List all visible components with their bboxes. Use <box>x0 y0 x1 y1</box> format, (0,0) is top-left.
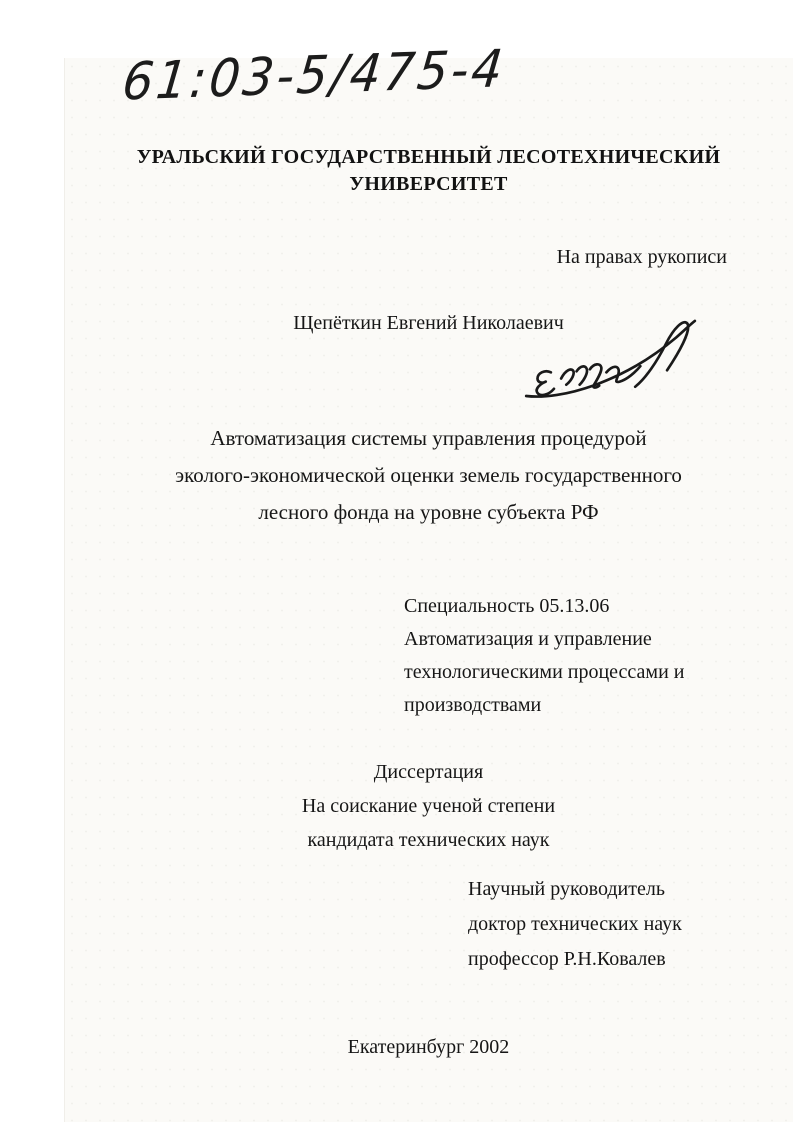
specialty-block: Специальность 05.13.06 Автоматизация и у… <box>404 590 685 722</box>
specialty-name-line1: Автоматизация и управление <box>404 623 685 656</box>
manuscript-rights-note: На правах рукописи <box>557 246 727 269</box>
degree-name-line: кандидата технических наук <box>64 823 793 857</box>
title-line1: Автоматизация системы управления процеду… <box>64 420 793 457</box>
title-line3: лесного фонда на уровне субъекта РФ <box>64 494 793 531</box>
dissertation-degree-block: Диссертация На соискание ученой степени … <box>64 755 793 857</box>
supervisor-degree: доктор технических наук <box>468 907 682 942</box>
supervisor-role: Научный руководитель <box>468 872 682 907</box>
dissertation-title-page: 61:03-5/475-4 УРАЛЬСКИЙ ГОСУДАРСТВЕННЫЙ … <box>0 0 793 1122</box>
degree-pursuit-line: На соискание ученой степени <box>64 789 793 823</box>
university-name-line1: УРАЛЬСКИЙ ГОСУДАРСТВЕННЫЙ ЛЕСОТЕХНИЧЕСКИ… <box>64 144 793 171</box>
specialty-name-line3: производствами <box>404 689 685 722</box>
university-name-line2: УНИВЕРСИТЕТ <box>64 171 793 198</box>
dissertation-label: Диссертация <box>64 755 793 789</box>
supervisor-name: профессор Р.Н.Ковалев <box>468 942 682 977</box>
specialty-code: Специальность 05.13.06 <box>404 590 685 623</box>
dissertation-topic-title: Автоматизация системы управления процеду… <box>64 420 793 531</box>
title-line2: эколого-экономической оценки земель госу… <box>64 457 793 494</box>
university-name: УРАЛЬСКИЙ ГОСУДАРСТВЕННЫЙ ЛЕСОТЕХНИЧЕСКИ… <box>64 144 793 198</box>
city-and-year: Екатеринбург 2002 <box>64 1036 793 1059</box>
supervisor-block: Научный руководитель доктор технических … <box>468 872 682 977</box>
specialty-name-line2: технологическими процессами и <box>404 656 685 689</box>
signature-scribble-icon <box>520 318 700 402</box>
